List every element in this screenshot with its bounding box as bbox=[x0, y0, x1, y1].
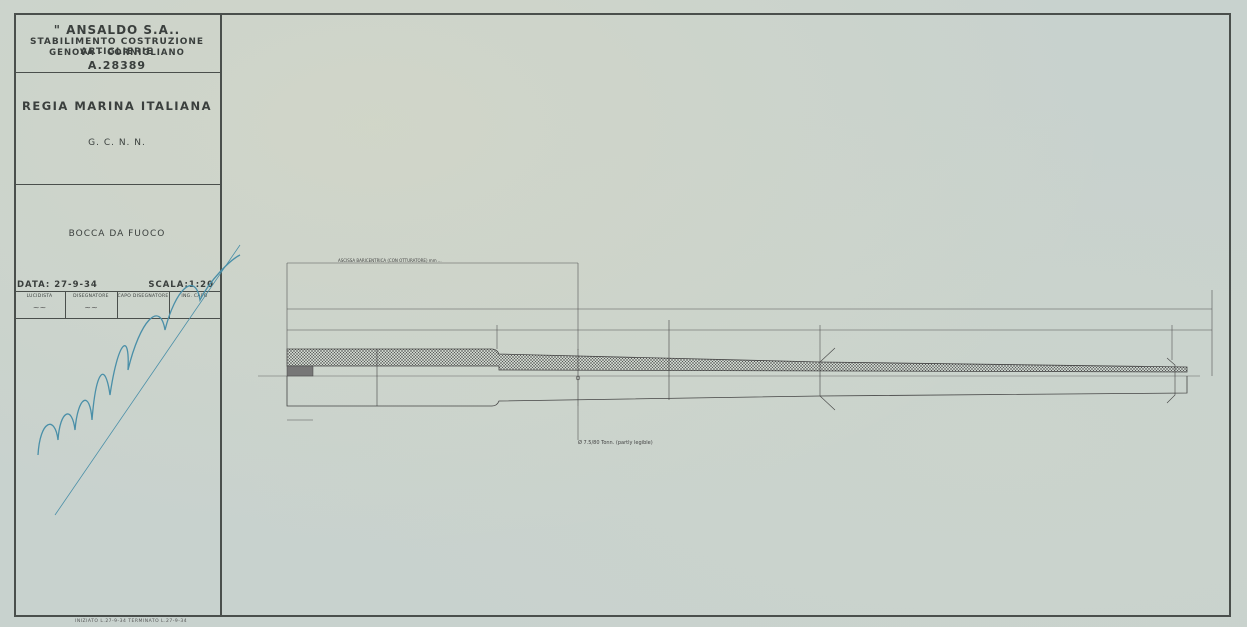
drawing-callout: Ø 7.5/80 Tonn. (partly legible) bbox=[578, 440, 653, 446]
muzzle-profile bbox=[1167, 358, 1175, 403]
barrel-drawing: ASCISSA BARICENTRICA (CON OTTURATORE) mm… bbox=[0, 0, 1247, 627]
barrel-wall-section bbox=[287, 349, 1187, 372]
collar-profile bbox=[820, 348, 835, 410]
barrel-outline bbox=[287, 376, 1187, 406]
top-dimension-label: ASCISSA BARICENTRICA (CON OTTURATORE) mm… bbox=[338, 258, 442, 263]
footer-note: INIZIATO L.27-9-34 TERMINATO L.27-9-34 bbox=[75, 619, 187, 624]
cancellation-mark bbox=[38, 245, 240, 515]
